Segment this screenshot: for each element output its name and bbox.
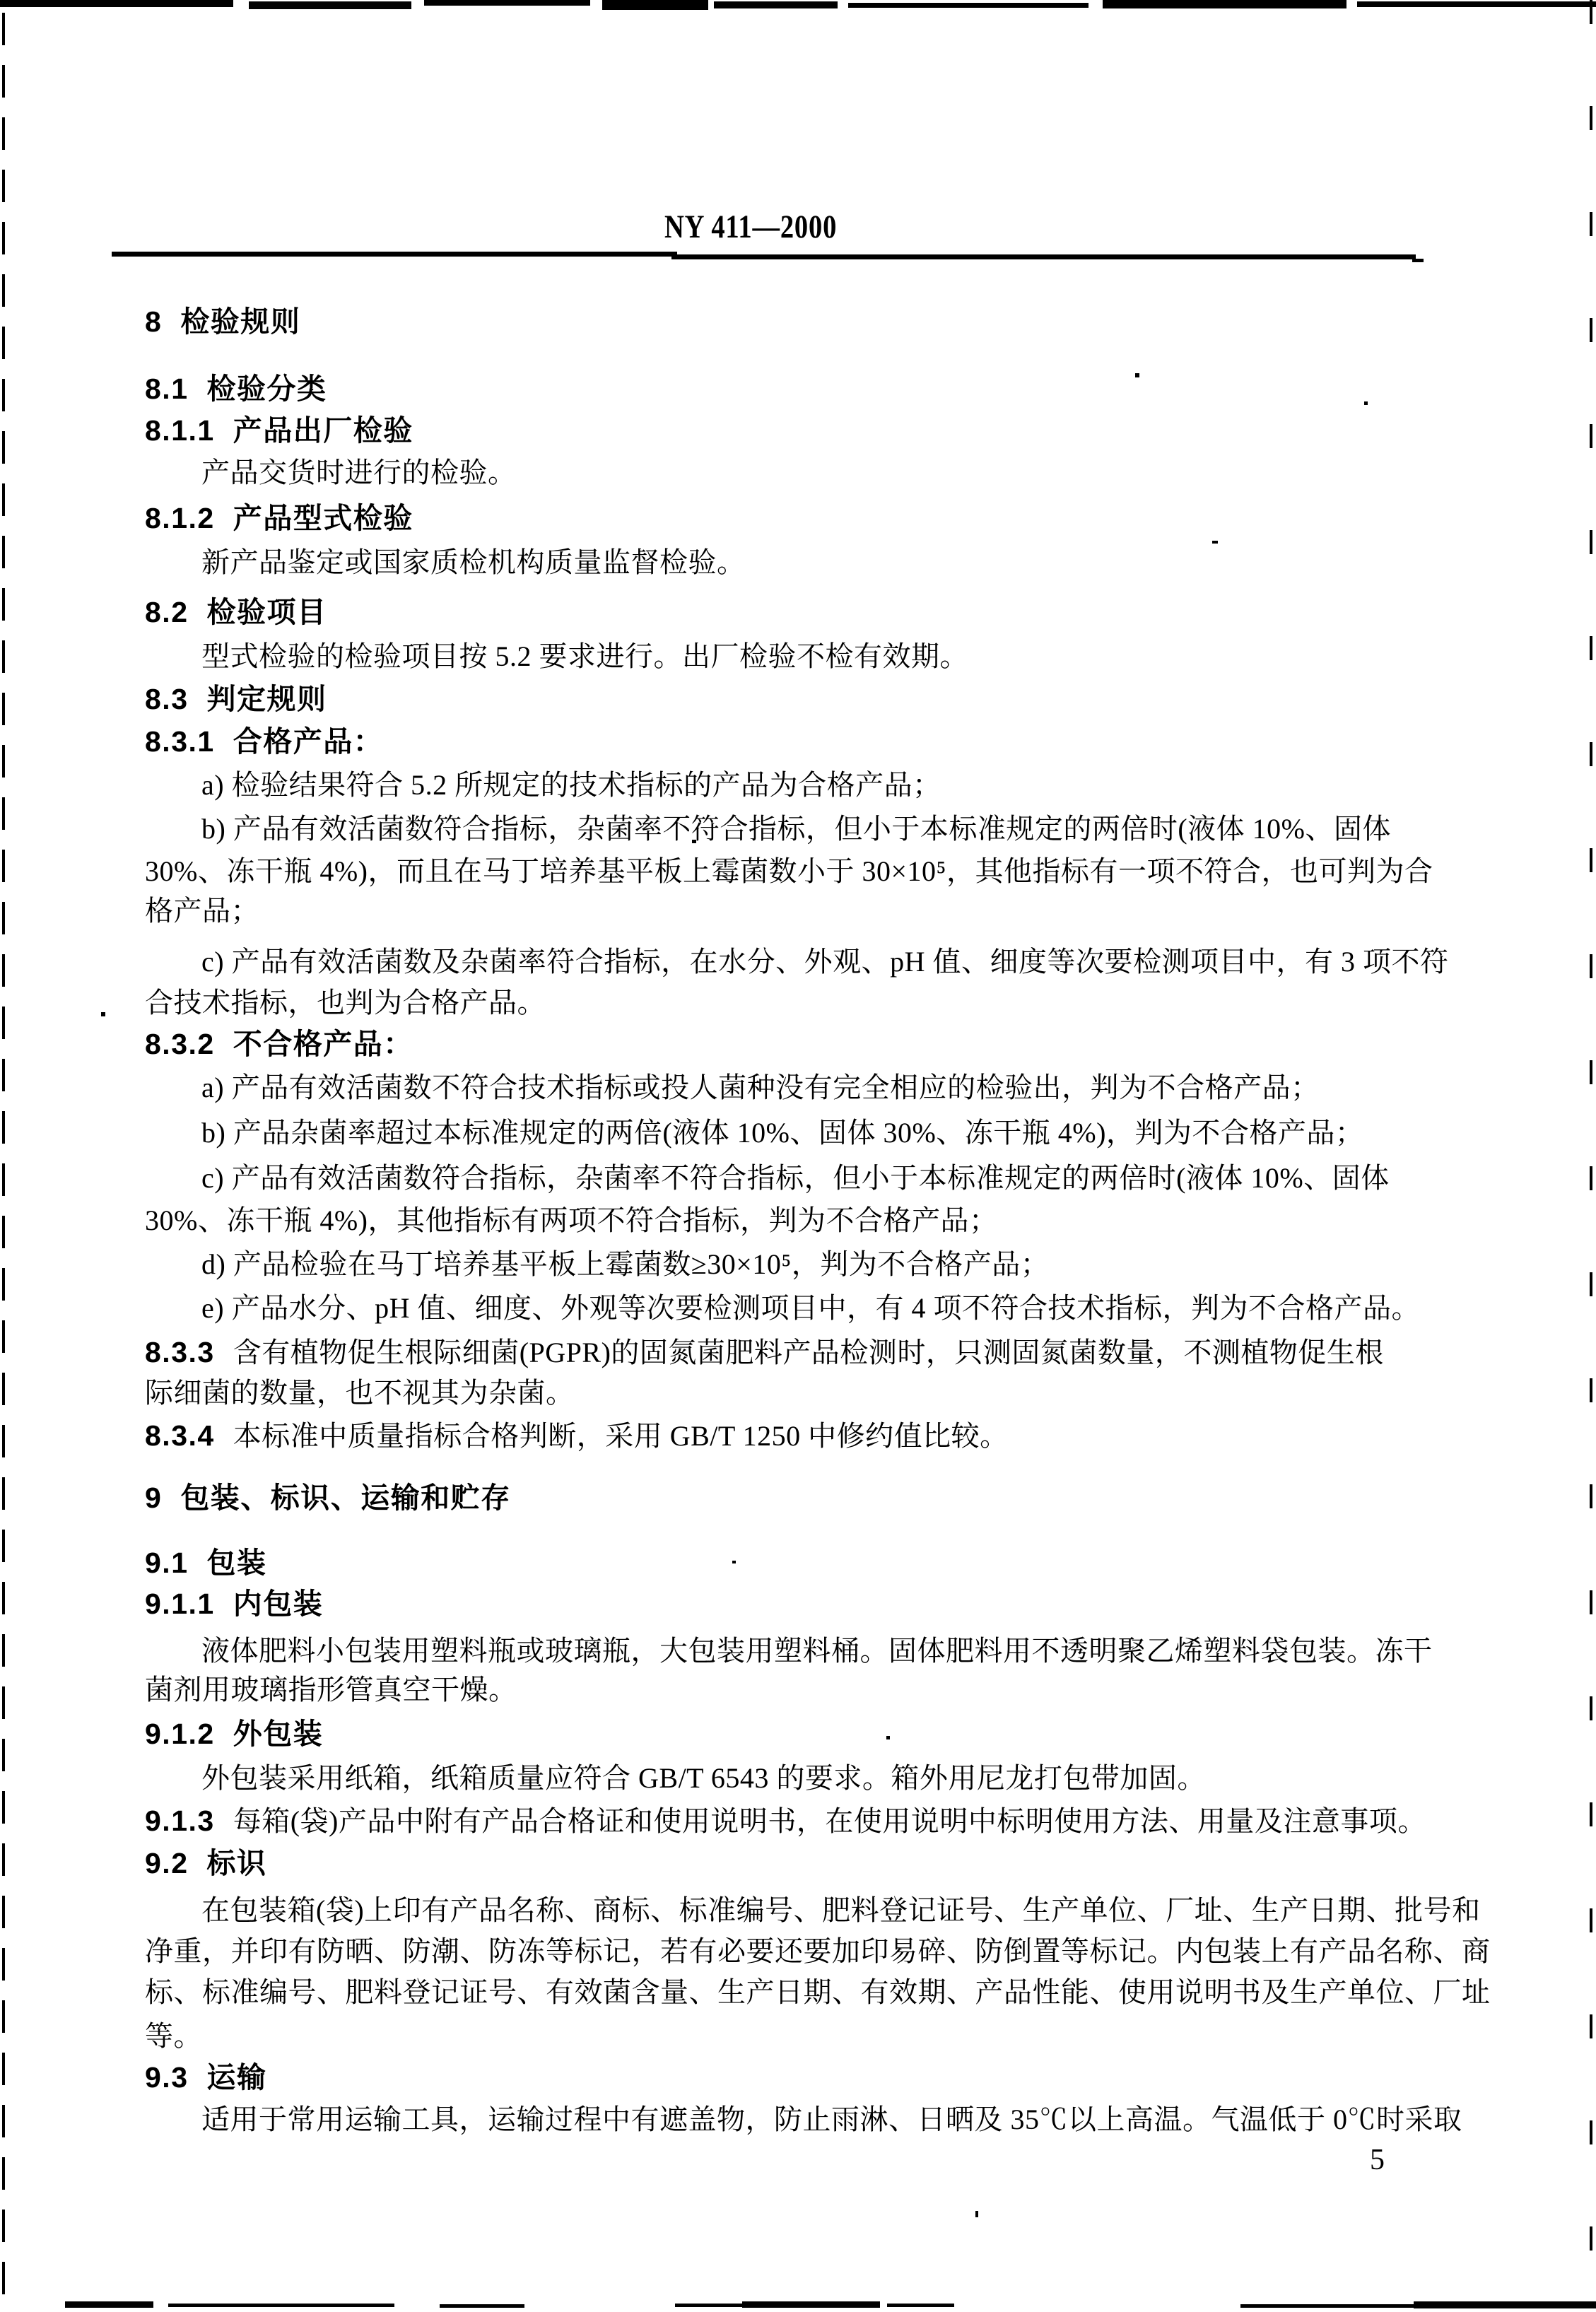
scan-artifact-bottom-edge — [168, 2304, 394, 2307]
section-heading: 8.1.2产品型式检验 — [145, 502, 413, 535]
scan-artifact-bottom-edge — [440, 2304, 524, 2308]
line-text: 产品出厂检验 — [233, 414, 413, 447]
body-line: 8.3.3含有植物促生根际细菌(PGPR)的固氮菌肥料产品检测时，只测固氮菌数量… — [145, 1336, 1384, 1369]
scan-artifact-right-edge — [1590, 0, 1592, 2312]
line-text: 不合格产品： — [233, 1028, 413, 1060]
scan-artifact-bottom-edge — [742, 2301, 880, 2308]
section-number: 8.3 — [145, 683, 189, 716]
section-number: 9.1 — [145, 1547, 189, 1580]
section-number: 8.2 — [145, 596, 189, 629]
scan-artifact-top-edge — [1357, 1, 1596, 7]
body-line: a) 检验结果符合 5.2 所规定的技术指标的产品为合格产品； — [201, 769, 941, 802]
line-text: c) 产品有效活菌数符合指标，杂菌率不符合指标，但小于本标准规定的两倍时(液体 … — [201, 1162, 1390, 1194]
body-line: a) 产品有效活菌数不符合技术指标或投人菌种没有完全相应的检验出，判为不合格产品… — [201, 1072, 1320, 1104]
line-text: b) 产品杂菌率超过本标准规定的两倍(液体 10%、固体 30%、冻干瓶 4%)… — [201, 1117, 1363, 1149]
body-line: 在包装箱(袋)上印有产品名称、商标、标准编号、肥料登记证号、生产单位、厂址、生产… — [201, 1894, 1481, 1927]
line-text: 合技术指标，也判为合格产品。 — [145, 987, 546, 1019]
section-number: 8.1.2 — [145, 502, 215, 535]
body-line: 等。 — [145, 2020, 202, 2053]
scan-artifact-bottom-edge — [1414, 2301, 1596, 2308]
body-line: 液体肥料小包装用塑料瓶或玻璃瓶，大包装用塑料桶。固体肥料用不透明聚乙烯塑料袋包装… — [201, 1635, 1433, 1667]
scan-artifact-top-edge — [424, 0, 590, 6]
section-heading: 8.1检验分类 — [145, 372, 327, 406]
section-heading: 9.1包装 — [145, 1547, 267, 1580]
body-line: 外包装采用纸箱，纸箱质量应符合 GB/T 6543 的要求。箱外用尼龙打包带加固… — [201, 1762, 1206, 1795]
scan-artifact-bottom-edge — [65, 2301, 153, 2308]
body-line: 际细菌的数量，也不视其为杂菌。 — [145, 1377, 575, 1409]
section-number: 8.3.4 — [145, 1419, 215, 1453]
scan-artifact-top-edge — [714, 1, 838, 8]
line-text: 在包装箱(袋)上印有产品名称、商标、标准编号、肥料登记证号、生产单位、厂址、生产… — [201, 1894, 1481, 1926]
scan-artifact-bottom-edge — [887, 2304, 954, 2307]
line-text: e) 产品水分、pH 值、细度、外观等次要检测项目中，有 4 项不符合技术指标，… — [201, 1292, 1420, 1324]
line-text: 产品交货时进行的检验。 — [201, 457, 517, 488]
body-line: 格产品； — [145, 895, 259, 927]
body-line: 8.3.4本标准中质量指标合格判断，采用 GB/T 1250 中修约值比较。 — [145, 1419, 1009, 1453]
body-line: 标、标准编号、肥料登记证号、有效菌含量、生产日期、有效期、产品性能、使用说明书及… — [145, 1976, 1491, 2009]
body-line: e) 产品水分、pH 值、细度、外观等次要检测项目中，有 4 项不符合技术指标，… — [201, 1292, 1420, 1325]
scan-speck — [886, 1736, 890, 1739]
section-number: 8.1 — [145, 372, 189, 406]
section-heading: 8.3.1合格产品： — [145, 725, 383, 758]
section-number: 9.1.2 — [145, 1718, 215, 1751]
section-number: 8 — [145, 305, 162, 339]
section-heading: 8.2检验项目 — [145, 596, 327, 629]
section-number: 8.3.1 — [145, 725, 215, 758]
line-text: 新产品鉴定或国家质检机构质量监督检验。 — [201, 546, 746, 578]
line-text: 合格产品： — [233, 725, 384, 758]
line-text: 标、标准编号、肥料登记证号、有效菌含量、生产日期、有效期、产品性能、使用说明书及… — [145, 1976, 1491, 2008]
scan-speck — [1135, 373, 1139, 377]
line-text: a) 产品有效活菌数不符合技术指标或投人菌种没有完全相应的检验出，判为不合格产品… — [201, 1072, 1320, 1103]
line-text: 型式检验的检验项目按 5.2 要求进行。出厂检验不检有效期。 — [201, 640, 968, 672]
section-number: 9.1.1 — [145, 1588, 215, 1621]
scan-artifact-top-edge — [249, 1, 411, 9]
section-heading: 9.3运输 — [145, 2061, 267, 2094]
body-line: 适用于常用运输工具，运输过程中有遮盖物，防止雨淋、日晒及 35℃以上高温。气温低… — [201, 2103, 1462, 2136]
line-text: 包装 — [207, 1547, 267, 1579]
line-text: 格产品； — [145, 895, 259, 927]
line-text: 判定规则 — [207, 683, 327, 715]
line-text: 本标准中质量指标合格判断，采用 GB/T 1250 中修约值比较。 — [233, 1420, 1009, 1452]
section-number: 8.1.1 — [145, 414, 215, 447]
section-number: 9 — [145, 1481, 162, 1515]
scan-speck — [975, 2211, 978, 2217]
section-heading: 8检验规则 — [145, 305, 300, 339]
body-line: 合技术指标，也判为合格产品。 — [145, 987, 546, 1019]
scan-speck — [101, 1012, 105, 1016]
line-text: 运输 — [207, 2061, 267, 2094]
line-text: 产品型式检验 — [233, 502, 413, 534]
line-text: 标识 — [207, 1847, 267, 1879]
header-rule-tail — [1412, 259, 1424, 262]
line-text: 检验项目 — [207, 596, 327, 628]
standard-code-header: NY 411—2000 — [664, 208, 837, 246]
scanned-page: NY 411—2000 8检验规则8.1检验分类8.1.1产品出厂检验产品交货时… — [0, 0, 1596, 2312]
section-heading: 9.1.2外包装 — [145, 1718, 323, 1751]
line-text: 液体肥料小包装用塑料瓶或玻璃瓶，大包装用塑料桶。固体肥料用不透明聚乙烯塑料袋包装… — [201, 1635, 1433, 1667]
body-line: d) 产品检验在马丁培养基平板上霉菌数≥30×10⁵，判为不合格产品； — [201, 1248, 1049, 1281]
scan-speck — [1212, 541, 1218, 544]
line-text: 外包装采用纸箱，纸箱质量应符合 GB/T 6543 的要求。箱外用尼龙打包带加固… — [201, 1762, 1206, 1794]
line-text: 适用于常用运输工具，运输过程中有遮盖物，防止雨淋、日晒及 35℃以上高温。气温低… — [201, 2103, 1462, 2135]
scan-artifact-left-edge — [2, 13, 5, 2312]
header-rule — [112, 252, 677, 257]
section-number: 8.3.2 — [145, 1028, 215, 1061]
line-text: c) 产品有效活菌数及杂菌率符合指标，在水分、外观、pH 值、细度等次要检测项目… — [201, 946, 1448, 978]
scan-artifact-bottom-edge — [1240, 2304, 1417, 2308]
section-number: 9.1.3 — [145, 1805, 215, 1838]
line-text: 30%、冻干瓶 4%)，其他指标有两项不符合指标，判为不合格产品； — [145, 1204, 997, 1236]
body-line: 净重，并印有防晒、防潮、防冻等标记，若有必要还要加印易碎、防倒置等标记。内包装上… — [145, 1935, 1491, 1968]
section-heading: 9.2标识 — [145, 1847, 267, 1880]
scan-speck — [732, 1561, 736, 1563]
scan-artifact-top-edge — [602, 0, 708, 10]
body-line: 30%、冻干瓶 4%)，其他指标有两项不符合指标，判为不合格产品； — [145, 1204, 997, 1237]
line-text: 际细菌的数量，也不视其为杂菌。 — [145, 1377, 575, 1409]
body-line: 30%、冻干瓶 4%)，而且在马丁培养基平板上霉菌数小于 30×10⁵，其他指标… — [145, 855, 1433, 888]
section-heading: 8.3判定规则 — [145, 683, 327, 716]
page-number: 5 — [1370, 2143, 1385, 2177]
section-heading: 9包装、标识、运输和贮存 — [145, 1481, 511, 1515]
body-line: c) 产品有效活菌数符合指标，杂菌率不符合指标，但小于本标准规定的两倍时(液体 … — [201, 1162, 1390, 1195]
scan-artifact-top-edge — [848, 3, 1089, 8]
body-line: b) 产品杂菌率超过本标准规定的两倍(液体 10%、固体 30%、冻干瓶 4%)… — [201, 1117, 1363, 1149]
line-text: d) 产品检验在马丁培养基平板上霉菌数≥30×10⁵，判为不合格产品； — [201, 1248, 1049, 1280]
line-text: 菌剂用玻璃指形管真空干燥。 — [145, 1674, 517, 1706]
section-heading: 8.1.1产品出厂检验 — [145, 414, 413, 447]
line-text: 30%、冻干瓶 4%)，而且在马丁培养基平板上霉菌数小于 30×10⁵，其他指标… — [145, 855, 1433, 887]
line-text: 检验分类 — [207, 372, 327, 405]
scan-speck — [1364, 401, 1368, 405]
scan-artifact-top-edge — [0, 0, 233, 7]
section-heading: 8.3.2不合格产品： — [145, 1028, 413, 1061]
line-text: 净重，并印有防晒、防潮、防冻等标记，若有必要还要加印易碎、防倒置等标记。内包装上… — [145, 1935, 1491, 1967]
section-number: 8.3.3 — [145, 1336, 215, 1369]
line-text: 等。 — [145, 2020, 202, 2052]
body-line: 型式检验的检验项目按 5.2 要求进行。出厂检验不检有效期。 — [201, 640, 968, 673]
body-line: 菌剂用玻璃指形管真空干燥。 — [145, 1674, 517, 1706]
section-heading: 9.1.1内包装 — [145, 1588, 323, 1621]
body-line: b) 产品有效活菌数符合指标，杂菌率不符合指标，但小于本标准规定的两倍时(液体 … — [201, 813, 1391, 845]
line-text: 检验规则 — [180, 305, 300, 338]
line-text: 包装、标识、运输和贮存 — [180, 1481, 511, 1514]
line-text: 每箱(袋)产品中附有产品合格证和使用说明书，在使用说明中标明使用方法、用量及注意… — [233, 1805, 1426, 1837]
line-text: 外包装 — [233, 1718, 324, 1750]
scan-artifact-top-edge — [1103, 0, 1346, 8]
body-line: 新产品鉴定或国家质检机构质量监督检验。 — [201, 546, 746, 579]
body-line: 9.1.3每箱(袋)产品中附有产品合格证和使用说明书，在使用说明中标明使用方法、… — [145, 1805, 1426, 1838]
line-text: 内包装 — [233, 1588, 324, 1620]
line-text: 含有植物促生根际细菌(PGPR)的固氮菌肥料产品检测时，只测固氮菌数量，不测植物… — [233, 1337, 1384, 1368]
body-line: c) 产品有效活菌数及杂菌率符合指标，在水分、外观、pH 值、细度等次要检测项目… — [201, 946, 1448, 978]
line-text: b) 产品有效活菌数符合指标，杂菌率不符合指标，但小于本标准规定的两倍时(液体 … — [201, 813, 1391, 845]
body-line: 产品交货时进行的检验。 — [201, 457, 517, 489]
line-text: a) 检验结果符合 5.2 所规定的技术指标的产品为合格产品； — [201, 769, 941, 801]
section-number: 9.2 — [145, 1847, 189, 1880]
header-rule — [671, 254, 1416, 259]
section-number: 9.3 — [145, 2061, 189, 2094]
